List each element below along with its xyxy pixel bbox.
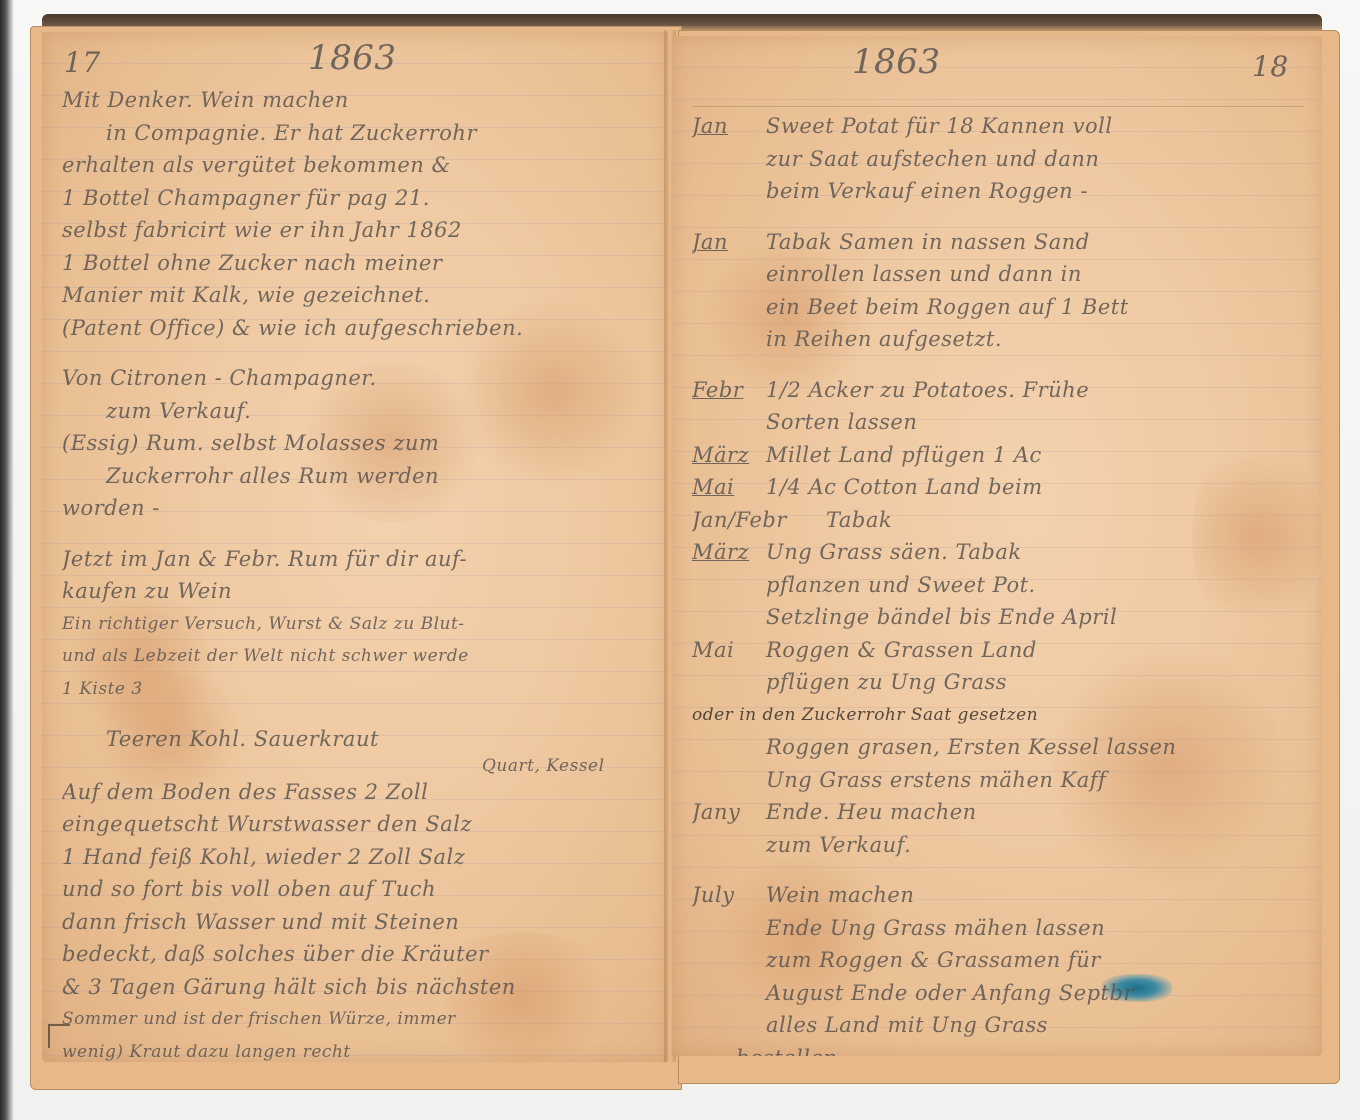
entry-line: JanSweet Potat für 18 Kannen voll [692,110,1308,143]
page-year: 1863 [308,38,397,78]
text-line: Mit Denker. Wein machen [62,84,654,117]
entry-text: Tabak [766,508,892,532]
entry-line: einrollen lassen und dann in [692,258,1308,291]
entry-line: in Reihen aufgesetzt. [692,323,1308,356]
text-line: & 3 Tagen Gärung hält sich bis nächsten [62,971,654,1004]
entry-line: Setzlinge bändel bis Ende April [692,601,1308,634]
entry-text: Sweet Potat für 18 Kannen voll [766,114,1113,138]
header-rule [692,106,1304,107]
entry-line: Sorten lassen [692,406,1308,439]
scanner-edge-shadow [0,0,14,1120]
text-line: (Essig) Rum. selbst Molasses zum [62,427,654,460]
entry-line: zum Roggen & Grassamen für [692,944,1308,977]
text-line: 1 Bottel ohne Zucker nach meiner [62,247,654,280]
entry-line: JanyEnde. Heu machen [692,796,1308,829]
entry-text: August Ende oder Anfang Septbr [766,981,1134,1005]
scanned-notebook: 17 1863 Mit Denker. Wein machen in Compa… [0,0,1360,1120]
text-line: wenig) Kraut dazu langen recht [62,1036,654,1063]
blank-line [62,344,654,362]
month-label: Febr [692,374,766,407]
entry-line: zur Saat aufstechen und dann [692,143,1308,176]
month-label: Jany [692,796,766,829]
entry-text: einrollen lassen und dann in [766,262,1082,286]
entry-line: MärzUng Grass säen. Tabak [692,536,1308,569]
text-line: Auf dem Boden des Fasses 2 Zoll [62,776,654,809]
entry-text: oder in den Zuckerrohr Saat gesetzen [692,705,1038,725]
entry-line: August Ende oder Anfang Septbr [692,977,1308,1010]
entry-text: Millet Land pflügen 1 Ac [766,443,1042,467]
page-number: 18 [1252,50,1289,83]
entry-text: Ende. Heu machen [766,800,977,824]
entry-line: Roggen grasen, Ersten Kessel lassen [692,731,1308,764]
blank-line [692,861,1308,879]
month-label: Jan/Febr [692,504,766,537]
entry-text: Sorten lassen [766,410,917,434]
entry-line: pflügen zu Ung Grass [692,666,1308,699]
entry-text: in Reihen aufgesetzt. [766,327,1002,351]
text-line: zum Verkauf. [62,395,654,428]
text-line: Von Citronen - Champagner. [62,362,654,395]
blank-line [692,208,1308,226]
text-line: (Patent Office) & wie ich aufgeschrieben… [62,312,654,345]
text-line: Jetzt im Jan & Febr. Rum für dir auf- [62,543,654,576]
text-line: eingequetscht Wurstwasser den Salz [62,808,654,841]
entry-text: pflügen zu Ung Grass [766,670,1007,694]
entry-line: bestellen. [692,1042,1308,1057]
entry-text: beim Verkauf einen Roggen - [766,179,1088,203]
entry-text: alles Land mit Ung Grass [766,1013,1048,1037]
text-line: in Compagnie. Er hat Zuckerrohr [62,117,654,150]
month-label: Mai [692,471,766,504]
text-line: dann frisch Wasser und mit Steinen [62,906,654,939]
page-year: 1863 [852,42,941,82]
entry-line: alles Land mit Ung Grass [692,1009,1308,1042]
text-line: Teeren Kohl. Sauerkraut [62,723,654,756]
text-line: Ein richtiger Versuch, Wurst & Salz zu B… [62,608,654,641]
blank-line [62,525,654,543]
text-line: erhalten als vergütet bekommen & [62,149,654,182]
entry-line: MärzMillet Land pflügen 1 Ac [692,439,1308,472]
left-page: 17 1863 Mit Denker. Wein machen in Compa… [42,32,668,1062]
month-label: Jan [692,110,766,143]
notebook-spread: 17 1863 Mit Denker. Wein machen in Compa… [28,14,1343,1096]
text-line: 1 Bottel Champagner für pag 21. [62,182,654,215]
text-line: Quart, Kessel [62,756,654,776]
entry-text: ein Beet beim Roggen auf 1 Bett [766,295,1129,319]
entry-text: Roggen grasen, Ersten Kessel lassen [766,735,1176,759]
month-label: Mai [692,634,766,667]
entry-text: bestellen. [736,1046,845,1057]
handwritten-text: Mit Denker. Wein machen in Compagnie. Er… [62,84,654,1062]
text-line: und als Lebzeit der Welt nicht schwer we… [62,640,654,673]
entry-text: pflanzen und Sweet Pot. [766,573,1036,597]
entry-line: JulyWein machen [692,879,1308,912]
handwritten-text: JanSweet Potat für 18 Kannen voll zur Sa… [692,110,1308,1056]
entry-text: Wein machen [766,883,914,907]
entry-line: zum Verkauf. [692,829,1308,862]
entry-text: Roggen & Grassen Land [766,638,1037,662]
entry-line: Ende Ung Grass mähen lassen [692,912,1308,945]
text-line: 1 Hand feiß Kohl, wieder 2 Zoll Salz [62,841,654,874]
entry-line: beim Verkauf einen Roggen - [692,175,1308,208]
entry-line: Jan/FebrTabak [692,504,1308,537]
entry-line: ein Beet beim Roggen auf 1 Bett [692,291,1308,324]
entry-line: Febr1/2 Acker zu Potatoes. Frühe [692,374,1308,407]
entry-text: zur Saat aufstechen und dann [766,147,1099,171]
month-label: July [692,879,766,912]
text-line: Manier mit Kalk, wie gezeichnet. [62,279,654,312]
month-label: Jan [692,226,766,259]
entry-line-ink: oder in den Zuckerrohr Saat gesetzen [692,699,1308,732]
entry-line: MaiRoggen & Grassen Land [692,634,1308,667]
corner-bracket-mark [48,1024,70,1048]
entry-text: Setzlinge bändel bis Ende April [766,605,1117,629]
entry-text: Ung Grass säen. Tabak [766,540,1022,564]
text-line: selbst fabricirt wie er ihn Jahr 1862 [62,214,654,247]
blank-line [692,356,1308,374]
entry-text: Ende Ung Grass mähen lassen [766,916,1105,940]
text-line: bedeckt, daß solches über die Kräuter [62,938,654,971]
entry-text: 1/2 Acker zu Potatoes. Frühe [766,378,1089,402]
text-line: kaufen zu Wein [62,575,654,608]
page-number: 17 [64,46,101,79]
blank-line [62,705,654,723]
text-line: und so fort bis voll oben auf Tuch [62,873,654,906]
entry-line: Ung Grass erstens mähen Kaff [692,764,1308,797]
entry-text: 1/4 Ac Cotton Land beim [766,475,1043,499]
entry-text: zum Verkauf. [766,833,911,857]
text-line: 1 Kiste 3 [62,673,654,706]
entry-text: zum Roggen & Grassamen für [766,948,1101,972]
month-label: März [692,439,766,472]
entry-line: Mai1/4 Ac Cotton Land beim [692,471,1308,504]
month-label: März [692,536,766,569]
right-page: 1863 18 JanSweet Potat für 18 Kannen vol… [672,36,1322,1056]
entry-line: pflanzen und Sweet Pot. [692,569,1308,602]
text-line: Sommer und ist der frischen Würze, immer [62,1003,654,1036]
entry-line: JanTabak Samen in nassen Sand [692,226,1308,259]
text-line: worden - [62,492,654,525]
entry-text: Ung Grass erstens mähen Kaff [766,768,1106,792]
entry-text: Tabak Samen in nassen Sand [766,230,1090,254]
text-line: Zuckerrohr alles Rum werden [62,460,654,493]
